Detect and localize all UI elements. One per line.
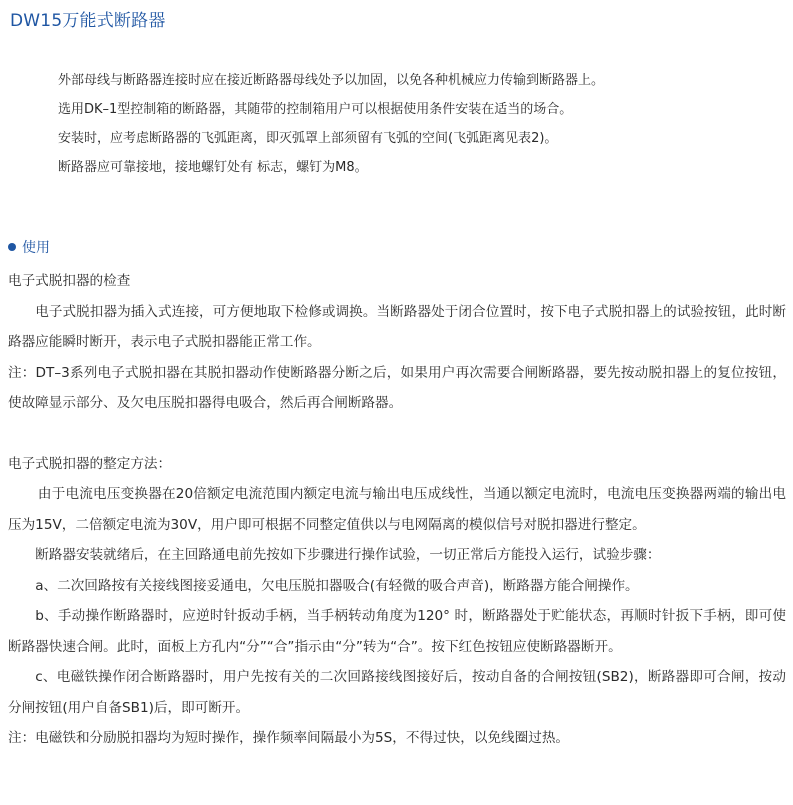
check-note: 注：DT–3系列电子式脱扣器在其脱扣器动作使断路器分断之后，如果用户再次需要合闸…	[8, 358, 786, 419]
installation-notes: 外部母线与断路器连接时应在接近断路器母线处予以加固，以免各种机械应力传输到断路器…	[58, 66, 778, 182]
intro-line: 安装时，应考虑断路器的飞弧距离，即灭弧罩上部须留有飞弧的空间(飞弧距离见表2)。	[58, 124, 778, 153]
step-c: c、电磁铁操作闭合断路器时，用户先按有关的二次回路接线图接好后，按动自备的合闸按…	[8, 662, 786, 723]
usage-content: 电子式脱扣器的检查 电子式脱扣器为插入式连接，可方便地取下检修或调换。当断路器处…	[8, 266, 786, 754]
section-heading-label: 使用	[22, 237, 50, 257]
intro-line: 外部母线与断路器连接时应在接近断路器母线处予以加固，以免各种机械应力传输到断路器…	[58, 66, 778, 95]
setting-heading: 电子式脱扣器的整定方法：	[8, 449, 786, 480]
step-b: b、手动操作断路器时，应逆时针扳动手柄，当手柄转动角度为120° 时，断路器处于…	[8, 601, 786, 662]
page-title: DW15万能式断路器	[10, 6, 166, 31]
section-heading-usage: 使用	[8, 237, 50, 257]
check-heading: 电子式脱扣器的检查	[8, 266, 786, 297]
intro-line: 断路器应可靠接地，接地螺钉处有 标志，螺钉为M8。	[58, 153, 778, 182]
step-a: a、二次回路按有关接线图接妥通电，欠电压脱扣器吸合(有轻微的吸合声音)，断路器方…	[8, 571, 786, 602]
bullet-icon	[8, 243, 16, 251]
setting-paragraph: 由于电流电压变换器在20倍额定电流范围内额定电流与输出电压成线性，当通以额定电流…	[8, 479, 786, 540]
final-note: 注：电磁铁和分励脱扣器均为短时操作，操作频率间隔最小为5S，不得过快，以免线圈过…	[8, 723, 786, 754]
test-intro: 断路器安装就绪后，在主回路通电前先按如下步骤进行操作试验，一切正常后方能投入运行…	[8, 540, 786, 571]
spacer	[8, 419, 786, 449]
intro-line: 选用DK–1型控制箱的断路器，其随带的控制箱用户可以根据使用条件安装在适当的场合…	[58, 95, 778, 124]
check-paragraph: 电子式脱扣器为插入式连接，可方便地取下检修或调换。当断路器处于闭合位置时，按下电…	[8, 297, 786, 358]
